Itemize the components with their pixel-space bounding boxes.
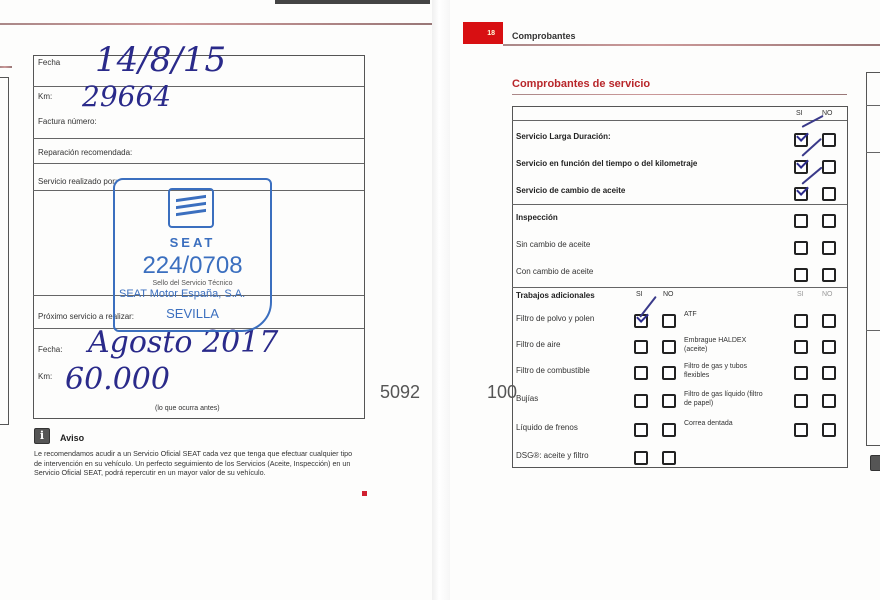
- additional-item-label: Filtro de gas líquido (filtro de papel): [684, 390, 764, 408]
- additional-no-header: NO: [663, 291, 674, 298]
- next-page-form-edge: [866, 72, 880, 446]
- checkbox-no[interactable]: [822, 187, 836, 201]
- service-label: Sin cambio de aceite: [516, 240, 590, 249]
- divider: [33, 138, 364, 139]
- stamp-company: SEAT Motor España, S.A.: [119, 288, 245, 300]
- additional-item-label: Filtro de combustible: [516, 366, 590, 375]
- checkbox-si[interactable]: [794, 423, 808, 437]
- page-header: Comprobantes: [512, 31, 576, 41]
- partial-table-edge: [0, 77, 9, 425]
- right-header-rule: [503, 44, 880, 46]
- checkbox-si[interactable]: [634, 451, 648, 465]
- additional-item-label: Líquido de frenos: [516, 423, 578, 432]
- divider: [512, 287, 847, 288]
- invoice-label: Factura número:: [38, 117, 97, 126]
- checkbox-no[interactable]: [822, 423, 836, 437]
- notice-title: Aviso: [60, 433, 84, 443]
- divider: [33, 163, 364, 164]
- checkbox-si[interactable]: [794, 187, 808, 201]
- service-label: Servicio en función del tiempo o del kil…: [516, 159, 697, 168]
- next-km-label: Km:: [38, 372, 52, 381]
- col-si-header: SI: [796, 110, 803, 117]
- stamp-city: SEVILLA: [115, 306, 270, 321]
- km-label: Km:: [38, 92, 52, 101]
- checkbox-si[interactable]: [634, 366, 648, 380]
- checkbox-no[interactable]: [662, 423, 676, 437]
- page-gutter: [432, 0, 450, 600]
- checkbox-no[interactable]: [662, 451, 676, 465]
- service-by-label: Servicio realizado por:: [38, 177, 117, 186]
- next-km-value: 60.000: [65, 362, 170, 397]
- checkbox-si[interactable]: [794, 241, 808, 255]
- checkbox-no[interactable]: [662, 314, 676, 328]
- additional-si-header-right: SI: [797, 291, 804, 298]
- notice-text: Le recomendamos acudir a un Servicio Ofi…: [34, 449, 359, 478]
- checkbox-si[interactable]: [794, 214, 808, 228]
- checkbox-no[interactable]: [662, 340, 676, 354]
- info-icon: i: [34, 428, 50, 444]
- divider: [866, 105, 880, 106]
- overlay-number-right: 100: [487, 382, 517, 403]
- checkbox-si[interactable]: [794, 160, 808, 174]
- overlay-number-left: 5092: [380, 382, 420, 403]
- seat-logo-icon: [168, 188, 214, 228]
- divider: [512, 204, 847, 205]
- checkbox-no[interactable]: [822, 241, 836, 255]
- additional-si-header: SI: [636, 291, 643, 298]
- checkbox-no[interactable]: [822, 394, 836, 408]
- service-label: Con cambio de aceite: [516, 267, 593, 276]
- checkbox-si[interactable]: [794, 394, 808, 408]
- footnote: (lo que ocurra antes): [155, 405, 220, 412]
- checkbox-si[interactable]: [634, 394, 648, 408]
- checkbox-si[interactable]: [794, 340, 808, 354]
- header-rule: [0, 23, 432, 25]
- info-icon-next-page: [870, 455, 880, 471]
- checkbox-no[interactable]: [822, 268, 836, 282]
- service-label: Servicio de cambio de aceite: [516, 186, 625, 195]
- divider: [866, 152, 880, 153]
- additional-item-label: Correa dentada: [684, 419, 764, 428]
- stamp-brand: SEAT: [115, 235, 270, 250]
- checkbox-no[interactable]: [822, 314, 836, 328]
- checkbox-si[interactable]: [794, 268, 808, 282]
- additional-no-header-right: NO: [822, 291, 833, 298]
- next-date-label: Fecha:: [38, 345, 62, 354]
- stamp-subtitle: Sello del Servicio Técnico: [115, 280, 270, 287]
- checkbox-no[interactable]: [662, 366, 676, 380]
- checkbox-si[interactable]: [794, 133, 808, 147]
- dealer-stamp: SEAT 224/0708 Sello del Servicio Técnico…: [113, 178, 272, 332]
- checkbox-si[interactable]: [794, 366, 808, 380]
- left-page: Fecha 14/8/15 Km: 29664 Factura número: …: [0, 0, 432, 600]
- additional-item-label: Filtro de polvo y polen: [516, 314, 594, 323]
- section-title: Comprobantes de servicio: [512, 78, 650, 90]
- km-value: 29664: [82, 80, 171, 113]
- service-label: Inspección: [516, 213, 558, 222]
- divider: [866, 330, 880, 331]
- date-label: Fecha: [38, 58, 60, 67]
- checkbox-no[interactable]: [822, 366, 836, 380]
- divider: [512, 120, 847, 121]
- stamp-number: 224/0708: [115, 252, 270, 280]
- additional-item-label: Filtro de aire: [516, 340, 560, 349]
- additional-item-label: Embrague HALDEX (aceite): [684, 336, 764, 354]
- additional-item-label: Filtro de gas y tubos flexibles: [684, 362, 764, 380]
- checkbox-no[interactable]: [822, 340, 836, 354]
- service-label: Servicio Larga Duración:: [516, 132, 611, 141]
- section-title-rule: [512, 94, 847, 95]
- top-edge-bar: [275, 0, 430, 4]
- checkbox-si[interactable]: [634, 340, 648, 354]
- page-number-tab: 18: [463, 22, 503, 44]
- date-value: 14/8/15: [95, 40, 226, 80]
- end-marker: [362, 491, 367, 496]
- additional-item-label: Bujías: [516, 394, 538, 403]
- left-section-rule: [0, 66, 12, 68]
- checkbox-no[interactable]: [822, 214, 836, 228]
- checkbox-no[interactable]: [662, 394, 676, 408]
- checkbox-no[interactable]: [822, 160, 836, 174]
- checkbox-si[interactable]: [634, 423, 648, 437]
- checkbox-no[interactable]: [822, 133, 836, 147]
- additional-title: Trabajos adicionales: [516, 291, 595, 300]
- checkbox-si[interactable]: [794, 314, 808, 328]
- additional-item-label: DSG®: aceite y filtro: [516, 451, 589, 460]
- additional-item-label: ATF: [684, 310, 764, 319]
- repair-label: Reparación recomendada:: [38, 148, 132, 157]
